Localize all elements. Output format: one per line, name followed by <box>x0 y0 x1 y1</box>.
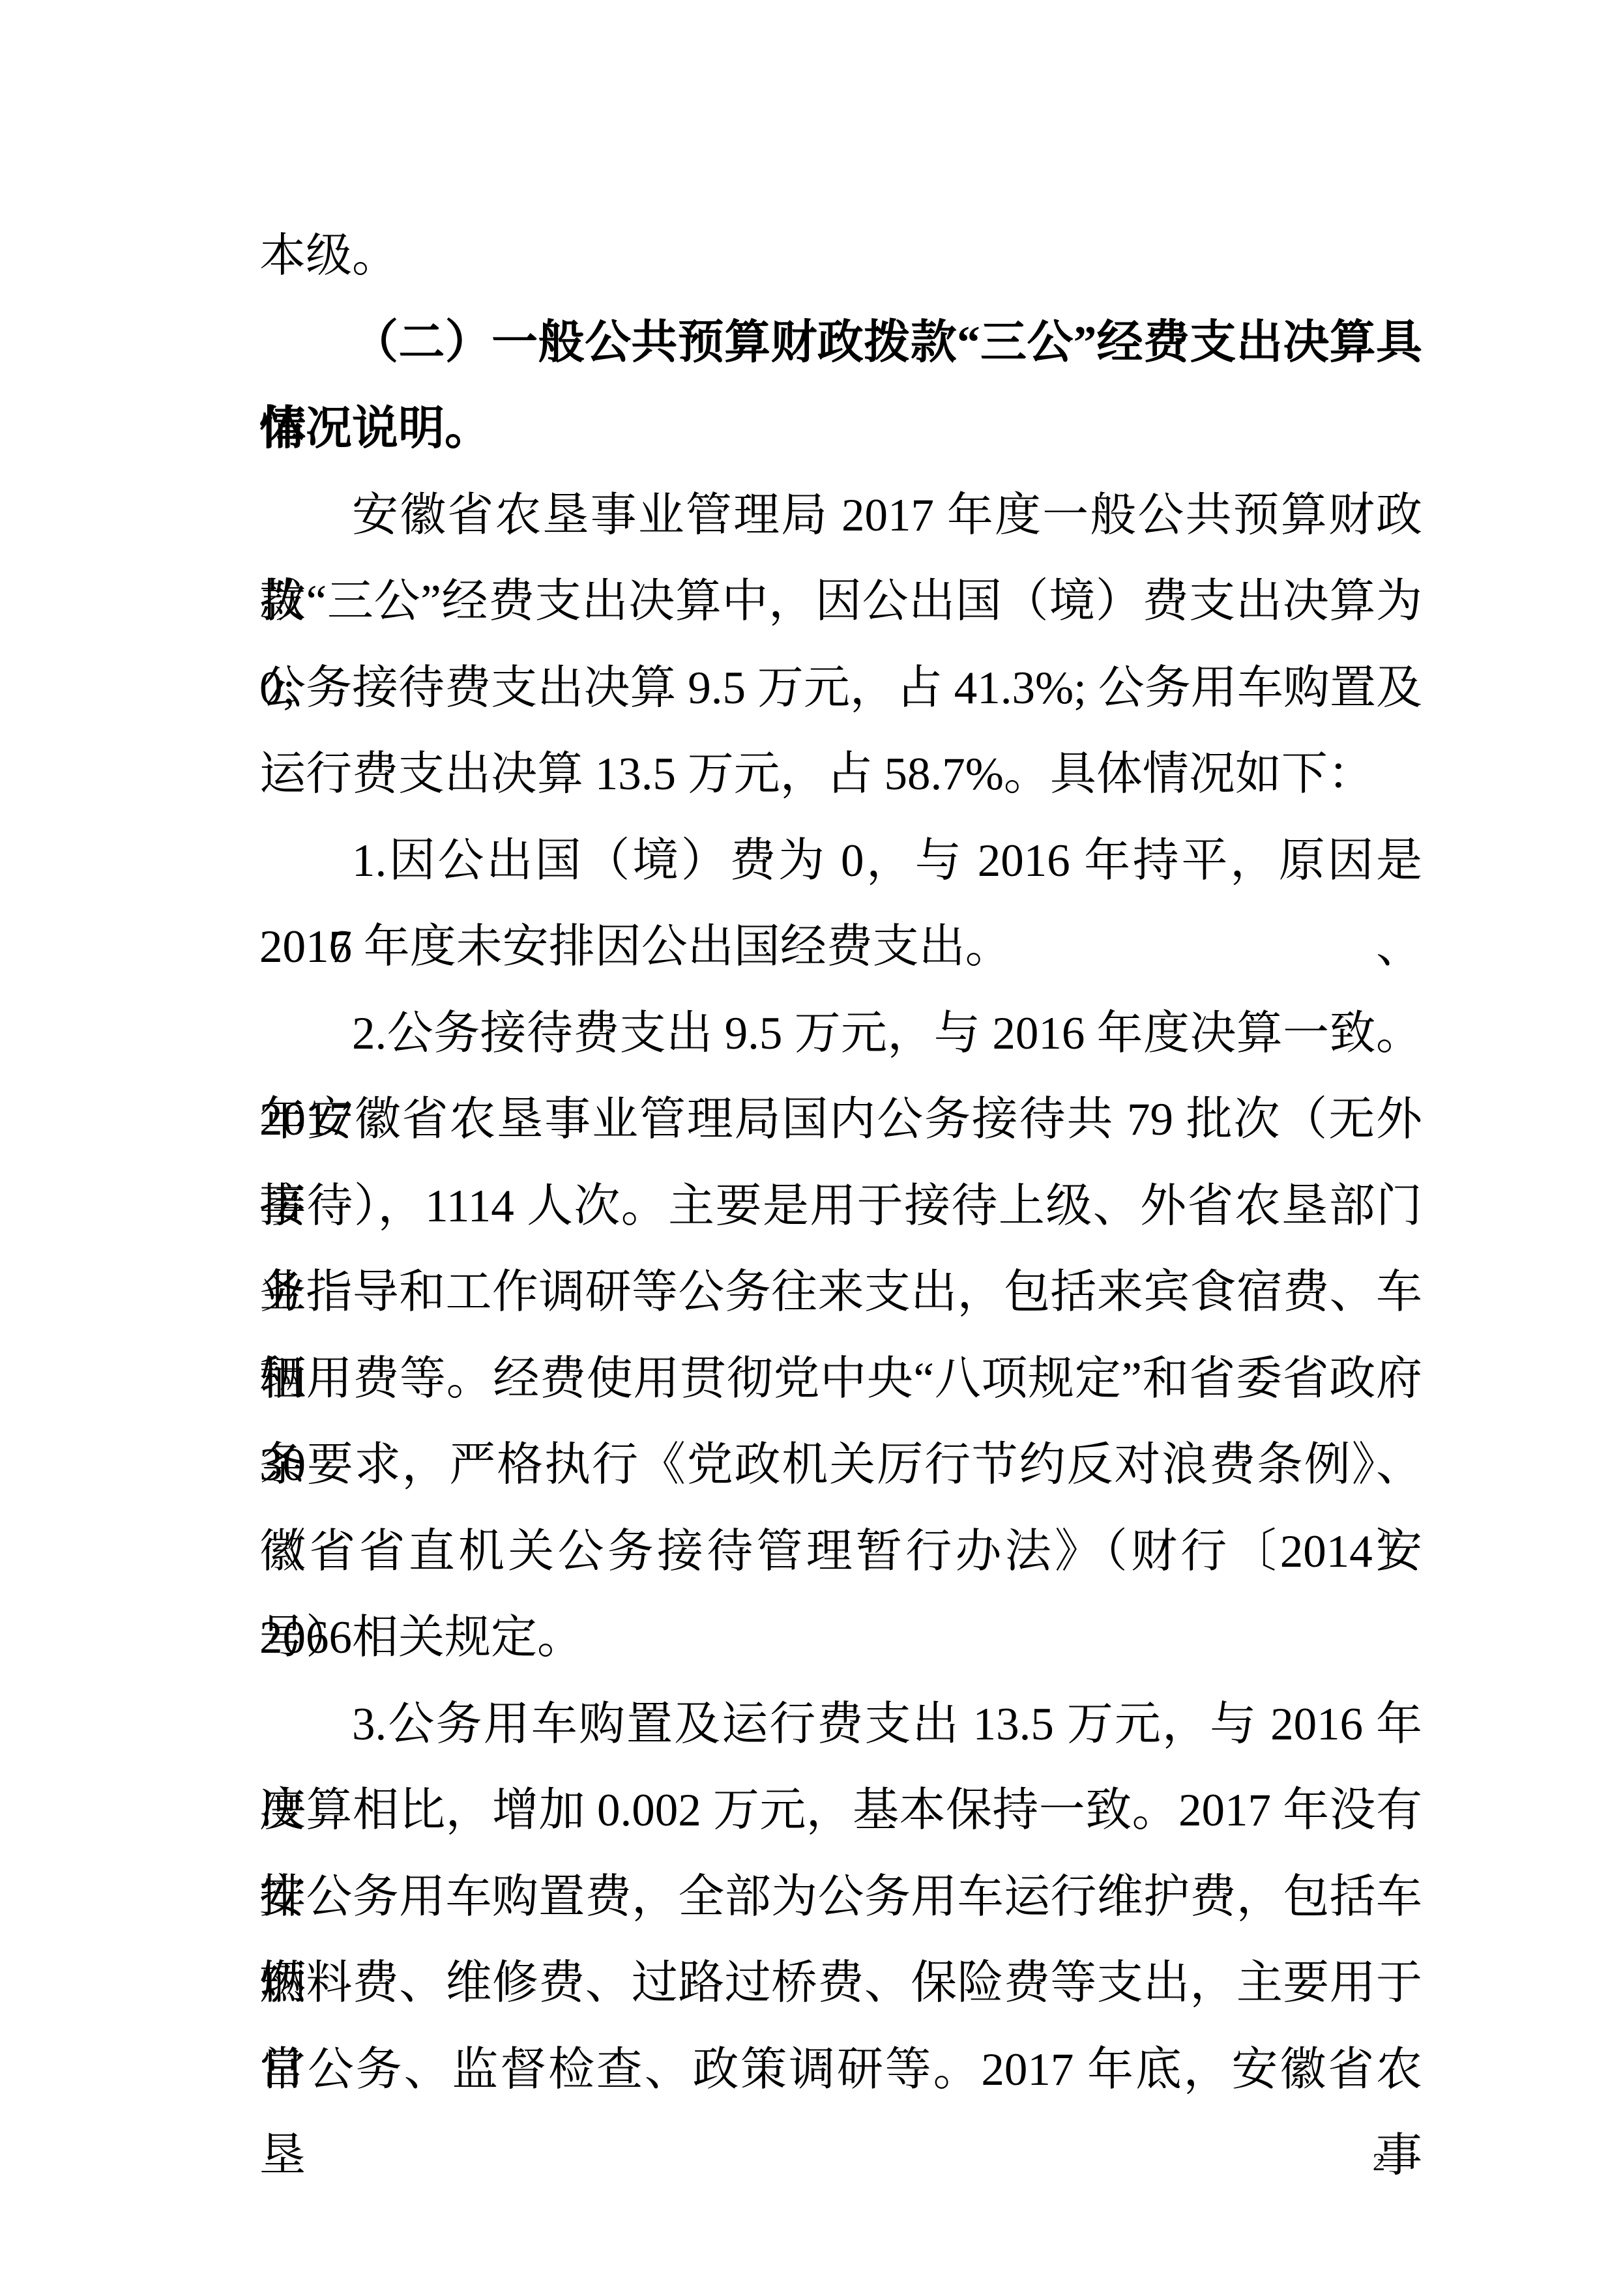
item2-paragraph-line-2: 年安徽省农垦事业管理局国内公务接待共 79 批次（无外事 <box>259 1077 1422 1163</box>
item1-paragraph-line-1: 1.因公出国（境）费为 0，与 2016 年持平，原因是 2016、 <box>259 818 1422 905</box>
item3-paragraph-line-5: 常公务、监督检查、政策调研等。2017 年底，安徽省农垦事 <box>259 2027 1422 2114</box>
item2-paragraph-line-8: 号）相关规定。 <box>259 1595 1422 1681</box>
overview-paragraph-line-2: 款“三公”经费支出决算中，因公出国（境）费支出决算为 0; <box>259 559 1422 645</box>
document-text-block: 本级。 （二）一般公共预算财政拨款“三公”经费支出决算具体 情况说明。 安徽省农… <box>259 213 1422 2113</box>
item2-paragraph-line-5: 租用费等。经费使用贯彻党中央“八项规定”和省委省政府 30 <box>259 1336 1422 1423</box>
paragraph-end-benji: 本级。 <box>259 213 1422 300</box>
overview-paragraph-line-4: 运行费支出决算 13.5 万元，占 58.7%。具体情况如下： <box>259 731 1422 818</box>
item3-paragraph-line-4: 燃料费、维修费、过路过桥费、保险费等支出，主要用于日 <box>259 1940 1422 2027</box>
section-heading-line-2: 情况说明。 <box>259 386 1422 472</box>
section-heading-line-1: （二）一般公共预算财政拨款“三公”经费支出决算具体 <box>259 300 1422 386</box>
item2-paragraph-line-6: 条要求，严格执行《党政机关厉行节约反对浪费条例》、《安 <box>259 1422 1422 1509</box>
overview-paragraph-line-1: 安徽省农垦事业管理局 2017 年度一般公共预算财政拨 <box>259 472 1422 559</box>
item2-paragraph-line-3: 接待），1114 人次。主要是用于接待上级、外省农垦部门业 <box>259 1163 1422 1250</box>
item3-paragraph-line-1: 3.公务用车购置及运行费支出 13.5 万元，与 2016 年度 <box>259 1681 1422 1768</box>
page-number: 2 <box>1373 2148 1385 2177</box>
item2-paragraph-line-4: 务指导和工作调研等公务往来支出，包括来宾食宿费、车辆 <box>259 1249 1422 1336</box>
item2-paragraph-line-7: 徽省省直机关公务接待管理暂行办法》（财行〔2014〕2066 <box>259 1509 1422 1595</box>
item3-paragraph-line-3: 排公务用车购置费，全部为公务用车运行维护费，包括车辆 <box>259 1854 1422 1941</box>
overview-paragraph-line-3: 公务接待费支出决算 9.5 万元，占 41.3%; 公务用车购置及 <box>259 645 1422 732</box>
item3-paragraph-line-2: 决算相比，增加 0.002 万元，基本保持一致。2017 年没有安 <box>259 1767 1422 1854</box>
item2-paragraph-line-1: 2.公务接待费支出 9.5 万元，与 2016 年度决算一致。2017 <box>259 991 1422 1077</box>
document-page: 本级。 （二）一般公共预算财政拨款“三公”经费支出决算具体 情况说明。 安徽省农… <box>0 0 1623 2296</box>
